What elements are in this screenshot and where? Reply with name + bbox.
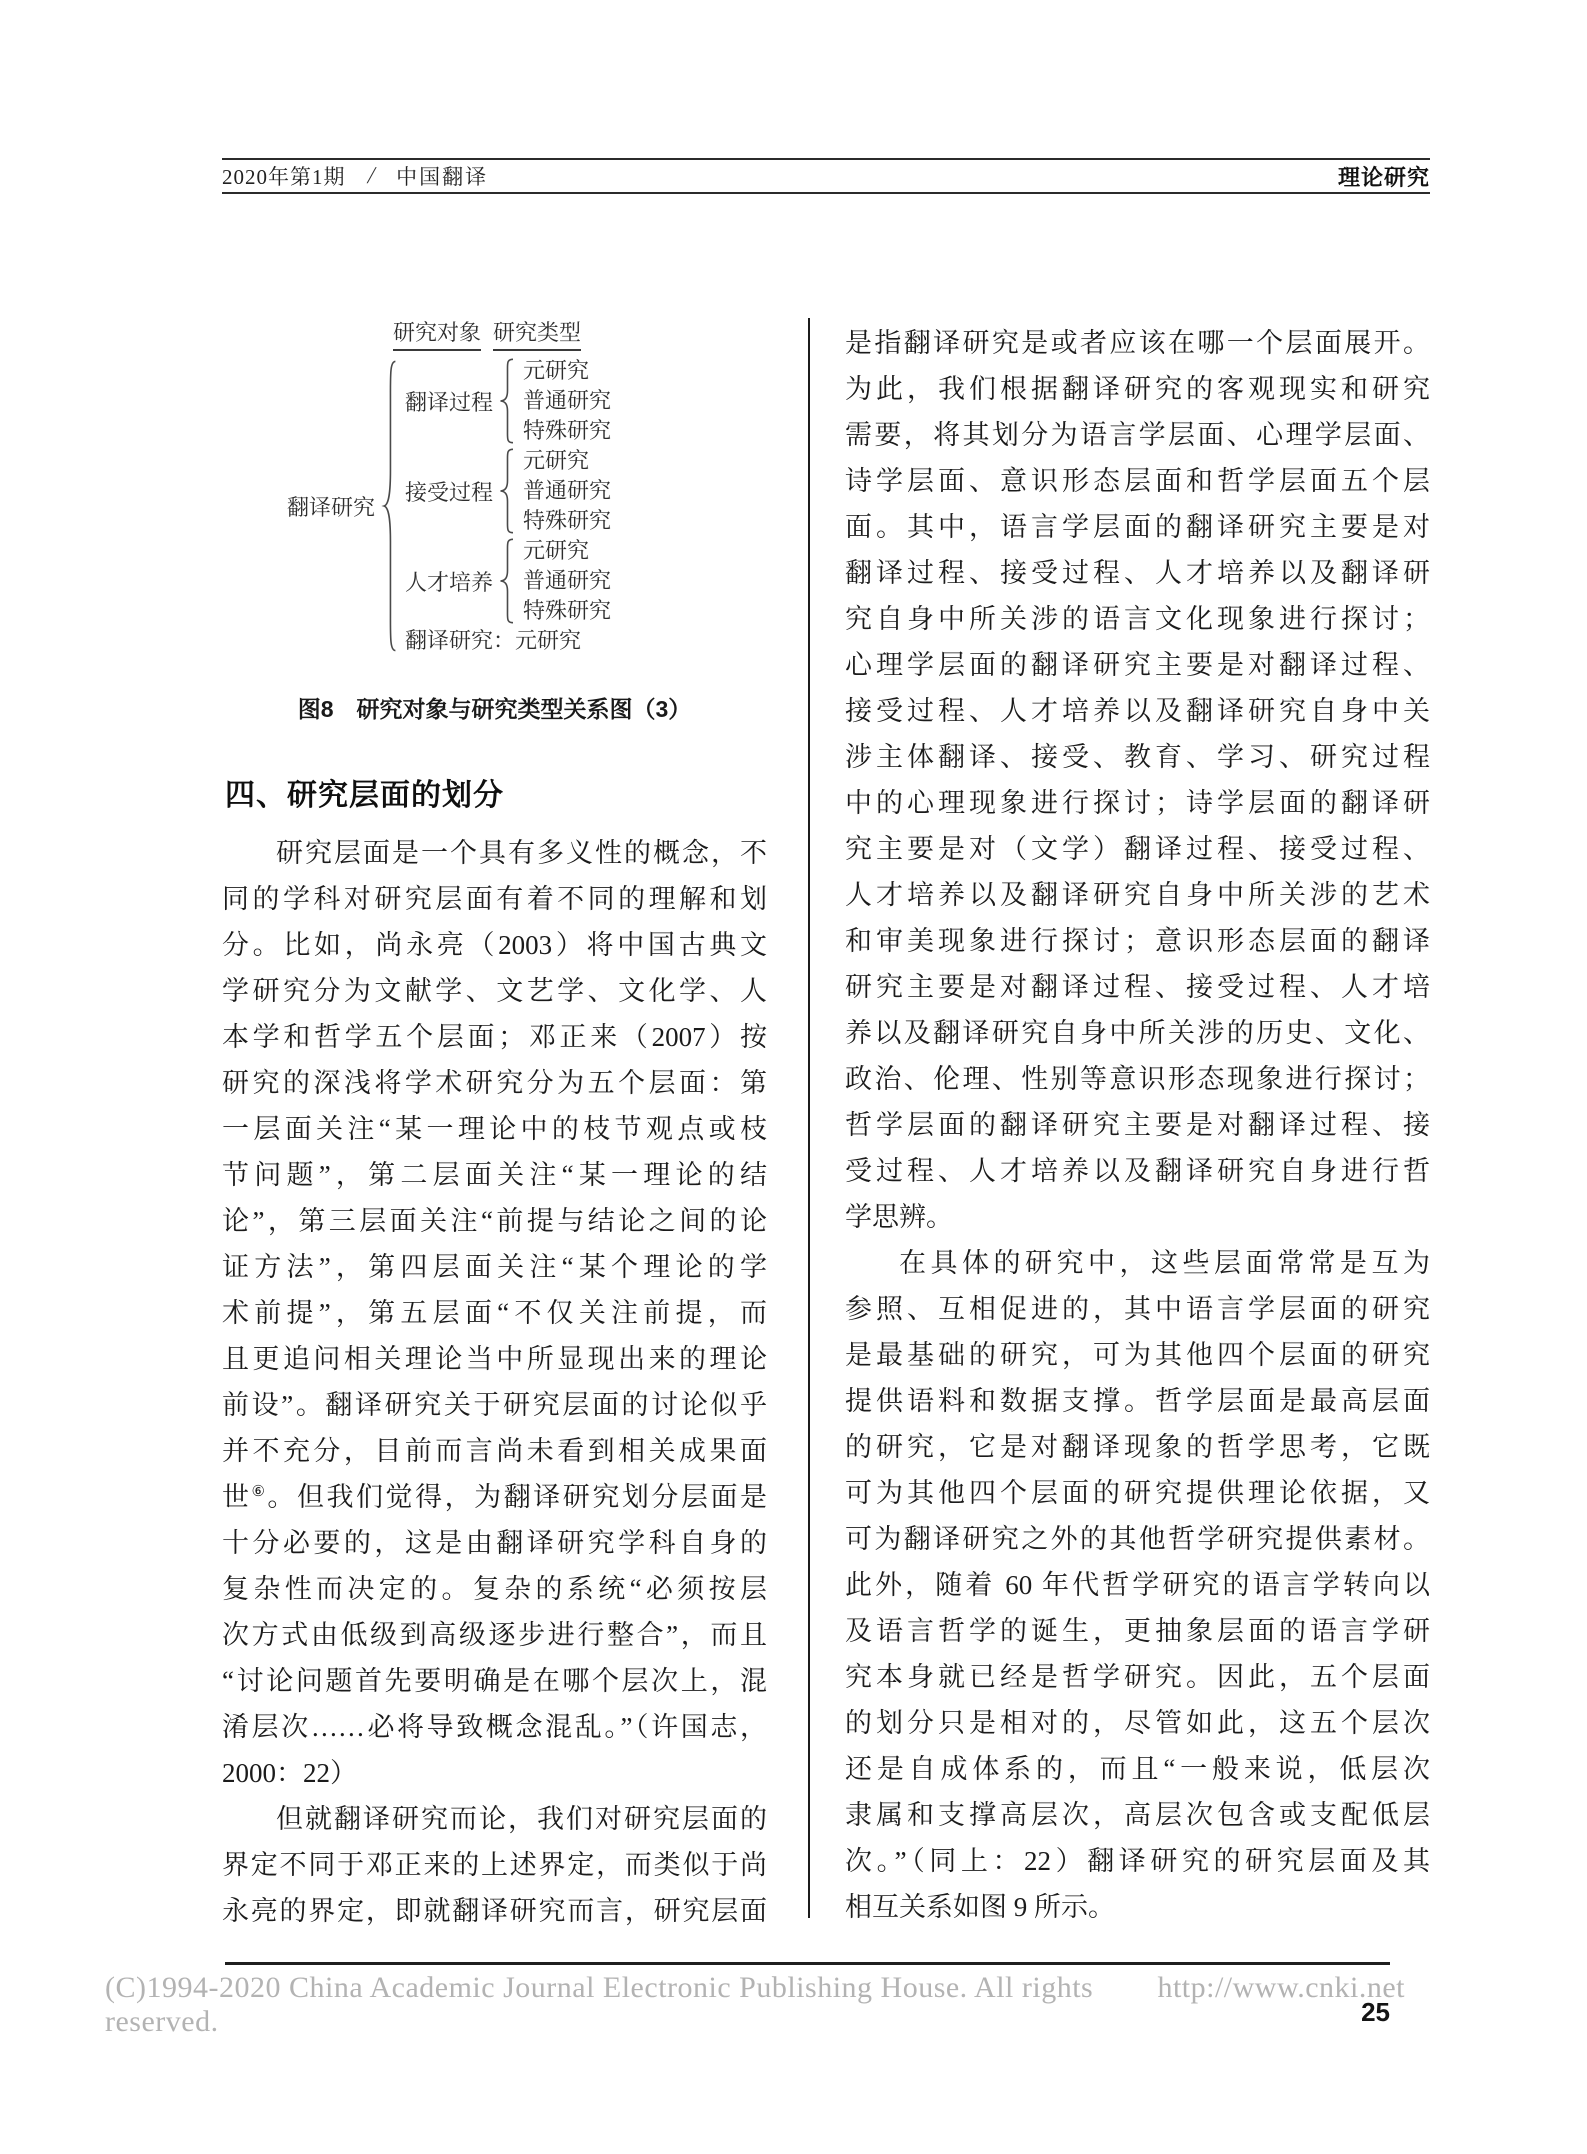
- brace-icon: [497, 448, 517, 534]
- text-line: 究自身中所关涉的语言文化现象进行探讨；: [845, 596, 1430, 642]
- text-line: 中的心理现象进行探讨；诗学层面的翻译研: [845, 780, 1430, 826]
- journal-name: 中国翻译: [396, 161, 488, 191]
- column-divider: [808, 318, 810, 1918]
- text-line: 受过程、人才培养以及翻译研究自身进行哲: [845, 1148, 1430, 1194]
- tree-branch-label: 接受过程: [405, 476, 497, 507]
- text-line: 一层面关注“某一理论中的枝节观点或枝: [222, 1106, 767, 1152]
- tree-branch-label: 人才培养: [405, 566, 497, 597]
- text-line: 可为翻译研究之外的其他哲学研究提供素材。: [845, 1516, 1430, 1562]
- tree-group: 人才培养元研究普通研究特殊研究: [405, 536, 611, 626]
- text-line: 和审美现象进行探讨；意识形态层面的翻译: [845, 918, 1430, 964]
- text-line: 界定不同于邓正来的上述界定，而类似于尚: [222, 1842, 767, 1888]
- text-line: 世⑥。但我们觉得，为翻译研究划分层面是: [222, 1474, 767, 1520]
- copyright-text: (C)1994-2020 China Academic Journal Elec…: [105, 1971, 1157, 2039]
- text-line: 及语言哲学的诞生，更抽象层面的语言学研: [845, 1608, 1430, 1654]
- tree-items: 元研究普通研究特殊研究: [523, 536, 611, 626]
- text-line: 涉主体翻译、接受、教育、学习、研究过程: [845, 734, 1430, 780]
- text-line: 是最基础的研究，可为其他四个层面的研究: [845, 1332, 1430, 1378]
- tree-items: 元研究普通研究特殊研究: [523, 356, 611, 446]
- brace-icon: [497, 358, 517, 444]
- text-line: 的研究，它是对翻译现象的哲学思考，它既: [845, 1424, 1430, 1470]
- tree-group: 接受过程元研究普通研究特殊研究: [405, 446, 611, 536]
- text-line: 并不充分，目前而言尚未看到相关成果面: [222, 1428, 767, 1474]
- figure-tree-body: 翻译研究 翻译过程元研究普通研究特殊研究接受过程元研究普通研究特殊研究人才培养元…: [287, 356, 627, 656]
- text-line: 论”，第三层面关注“前提与结论之间的论: [222, 1198, 767, 1244]
- text-line: 同的学科对研究层面有着不同的理解和划: [222, 876, 767, 922]
- slash-divider: /: [365, 163, 377, 190]
- left-text-column: 研究层面是一个具有多义性的概念，不同的学科对研究层面有着不同的理解和划分。比如，…: [222, 830, 767, 1934]
- journal-issue: 2020年第1期: [222, 161, 346, 191]
- header-left: 2020年第1期 / 中国翻译: [222, 161, 488, 191]
- text-line: 为此，我们根据翻译研究的客观现实和研究: [845, 366, 1430, 412]
- footer-rule: [225, 1962, 1390, 1965]
- text-line: 永亮的界定，即就翻译研究而言，研究层面: [222, 1888, 767, 1934]
- figure-column-headers: 研究对象 研究类型: [287, 316, 627, 348]
- text-line: 究本身就已经是哲学研究。因此，五个层面: [845, 1654, 1430, 1700]
- tree-leaf: 特殊研究: [523, 506, 611, 536]
- text-line: 是指翻译研究是或者应该在哪一个层面展开。: [845, 320, 1430, 366]
- text-line: 分。比如，尚永亮（2003）将中国古典文: [222, 922, 767, 968]
- text-line: 在具体的研究中，这些层面常常是互为: [845, 1240, 1430, 1286]
- text-line: 究主要是对（文学）翻译过程、接受过程、: [845, 826, 1430, 872]
- text-line: 且更追问相关理论当中所显现出来的理论: [222, 1336, 767, 1382]
- tree-root-label: 翻译研究: [287, 491, 379, 522]
- text-line: 哲学层面的翻译研究主要是对翻译过程、接: [845, 1102, 1430, 1148]
- text-line: 养以及翻译研究自身中所关涉的历史、文化、: [845, 1010, 1430, 1056]
- page-header: 2020年第1期 / 中国翻译 理论研究: [222, 158, 1430, 194]
- tree-leaf-row: 翻译研究：元研究: [405, 626, 611, 656]
- page-number: 25: [1361, 1997, 1390, 2028]
- brace-icon: [381, 357, 399, 655]
- text-line: 次。”（同上：22）翻译研究的研究层面及其: [845, 1838, 1430, 1884]
- text-line: 术前提”，第五层面“不仅关注前提，而: [222, 1290, 767, 1336]
- right-text-column: 是指翻译研究是或者应该在哪一个层面展开。为此，我们根据翻译研究的客观现实和研究需…: [845, 320, 1430, 1930]
- text-line: 研究主要是对翻译过程、接受过程、人才培: [845, 964, 1430, 1010]
- tree-leaf: 普通研究: [523, 476, 611, 506]
- text-line: “讨论问题首先要明确是在哪个层次上，混: [222, 1658, 767, 1704]
- text-line: 本学和哲学五个层面；邓正来（2007）按: [222, 1014, 767, 1060]
- text-line: 淆层次……必将导致概念混乱。”（许国志，: [222, 1704, 767, 1750]
- tree-leaf: 元研究: [523, 356, 611, 386]
- text-line: 可为其他四个层面的研究提供理论依据，又: [845, 1470, 1430, 1516]
- figure-col-header-object: 研究对象: [393, 316, 481, 351]
- text-line: 2000：22）: [222, 1750, 767, 1796]
- section-label: 理论研究: [1338, 161, 1430, 192]
- text-line: 十分必要的，这是由翻译研究学科自身的: [222, 1520, 767, 1566]
- text-line: 但就翻译研究而论，我们对研究层面的: [222, 1796, 767, 1842]
- text-line: 还是自成体系的，而且“一般来说，低层次: [845, 1746, 1430, 1792]
- tree-leaf: 元研究: [523, 536, 611, 566]
- text-line: 学研究分为文献学、文艺学、文化学、人: [222, 968, 767, 1014]
- brace-icon: [497, 538, 517, 624]
- tree-leaf: 特殊研究: [523, 596, 611, 626]
- footer-copyright: (C)1994-2020 China Academic Journal Elec…: [105, 1971, 1405, 2039]
- tree-groups: 翻译过程元研究普通研究特殊研究接受过程元研究普通研究特殊研究人才培养元研究普通研…: [405, 356, 611, 656]
- tree-leaf: 元研究: [523, 446, 611, 476]
- section-heading: 四、研究层面的划分: [225, 770, 504, 814]
- text-line: 研究层面是一个具有多义性的概念，不: [222, 830, 767, 876]
- text-line: 参照、互相促进的，其中语言学层面的研究: [845, 1286, 1430, 1332]
- text-line: 诗学层面、意识形态层面和哲学层面五个层: [845, 458, 1430, 504]
- text-line: 面。其中，语言学层面的翻译研究主要是对: [845, 504, 1430, 550]
- text-line: 此外，随着 60 年代哲学研究的语言学转向以: [845, 1562, 1430, 1608]
- text-line: 复杂性而决定的。复杂的系统“必须按层: [222, 1566, 767, 1612]
- figure-tree: 研究对象 研究类型 翻译研究 翻译过程元研究普通研究特殊研究接受过程元研究普通研…: [287, 316, 627, 656]
- text-line: 翻译过程、接受过程、人才培养以及翻译研: [845, 550, 1430, 596]
- tree-items: 元研究普通研究特殊研究: [523, 446, 611, 536]
- text-line: 提供语料和数据支撑。哲学层面是最高层面: [845, 1378, 1430, 1424]
- tree-branch-label: 翻译过程: [405, 386, 497, 417]
- text-line: 政治、伦理、性别等意识形态现象进行探讨；: [845, 1056, 1430, 1102]
- tree-leaf: 特殊研究: [523, 416, 611, 446]
- text-line: 相互关系如图 9 所示。: [845, 1884, 1430, 1930]
- text-line: 次方式由低级到高级逐步进行整合”，而且: [222, 1612, 767, 1658]
- text-line: 接受过程、人才培养以及翻译研究自身中关: [845, 688, 1430, 734]
- text-line: 节问题”，第二层面关注“某一理论的结: [222, 1152, 767, 1198]
- figure-caption: 图8 研究对象与研究类型关系图（3）: [222, 691, 767, 724]
- text-line: 的划分只是相对的，尽管如此，这五个层次: [845, 1700, 1430, 1746]
- text-line: 人才培养以及翻译研究自身中所关涉的艺术: [845, 872, 1430, 918]
- footnote-marker: ⑥: [252, 1484, 268, 1500]
- tree-leaf: 普通研究: [523, 566, 611, 596]
- tree-leaf: 普通研究: [523, 386, 611, 416]
- text-line: 研究的深浅将学术研究分为五个层面：第: [222, 1060, 767, 1106]
- text-line: 学思辨。: [845, 1194, 1430, 1240]
- text-line: 前设”。翻译研究关于研究层面的讨论似乎: [222, 1382, 767, 1428]
- figure-col-header-type: 研究类型: [493, 316, 581, 351]
- tree-group: 翻译过程元研究普通研究特殊研究: [405, 356, 611, 446]
- text-line: 隶属和支撑高层次，高层次包含或支配低层: [845, 1792, 1430, 1838]
- text-line: 需要，将其划分为语言学层面、心理学层面、: [845, 412, 1430, 458]
- text-line: 证方法”，第四层面关注“某个理论的学: [222, 1244, 767, 1290]
- text-line: 心理学层面的翻译研究主要是对翻译过程、: [845, 642, 1430, 688]
